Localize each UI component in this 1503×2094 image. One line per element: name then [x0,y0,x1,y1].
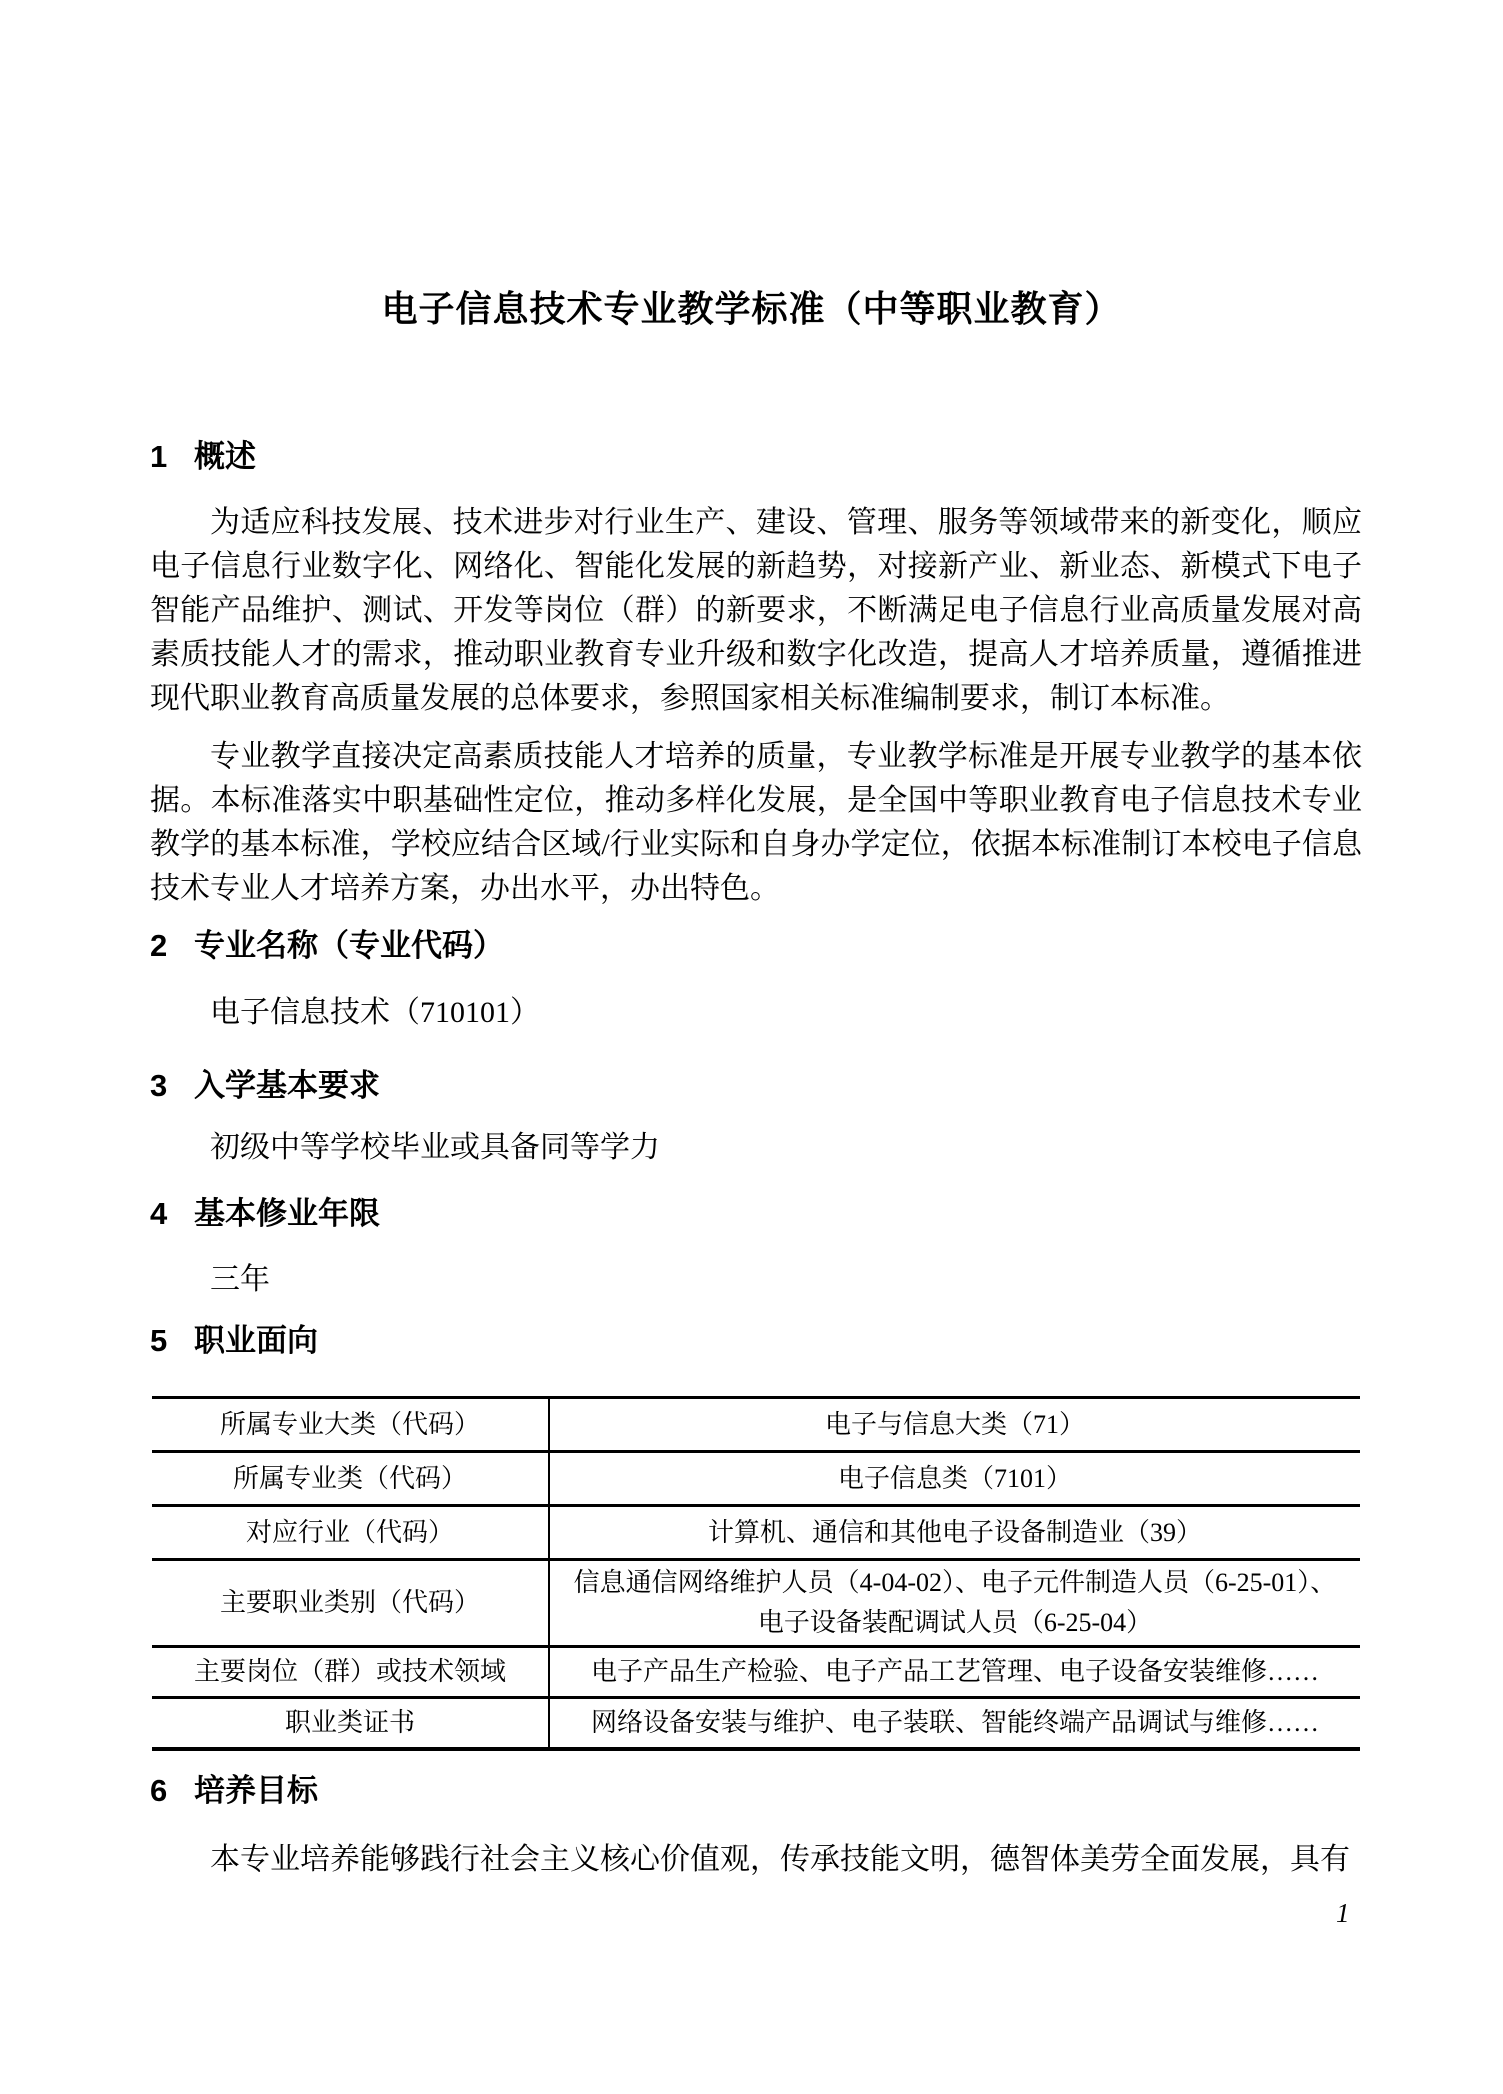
section-heading-text: 职业面向 [194,1323,318,1358]
table-row-value: 信息通信网络维护人员（4-04-02）、电子元件制造人员（6-25-01）、电子… [549,1560,1360,1647]
document-page: 电子信息技术专业教学标准（中等职业教育） 1概述 为适应科技发展、技术进步对行业… [0,0,1503,2094]
section-number: 2 [150,925,194,967]
table-row-label: 主要职业类别（代码） [152,1560,549,1647]
table-row-value: 计算机、通信和其他电子设备制造业（39） [549,1506,1360,1560]
section-number: 1 [150,436,194,478]
section-heading-text: 专业名称（专业代码） [194,928,504,963]
section-heading-major-name: 2专业名称（专业代码） [150,925,1362,967]
table-row: 对应行业（代码） 计算机、通信和其他电子设备制造业（39） [152,1506,1360,1560]
section-heading-study-duration: 4基本修业年限 [150,1193,1362,1235]
entry-requirement-value: 初级中等学校毕业或具备同等学力 [210,1126,660,1170]
page-number: 1 [1336,1898,1350,1929]
section-heading-text: 概述 [194,439,256,474]
table-row-label: 所属专业类（代码） [152,1452,549,1506]
section-heading-training-objectives: 6培养目标 [150,1770,1362,1812]
major-name-value: 电子信息技术（710101） [210,991,540,1035]
section-heading-text: 基本修业年限 [194,1196,380,1231]
table-row-label: 职业类证书 [152,1698,549,1750]
overview-paragraph-2: 专业教学直接决定高素质技能人才培养的质量，专业教学标准是开展专业教学的基本依据。… [150,735,1362,911]
section-number: 6 [150,1770,194,1812]
career-orientation-table: 所属专业大类（代码） 电子与信息大类（71） 所属专业类（代码） 电子信息类（7… [152,1396,1360,1751]
section-heading-text: 培养目标 [194,1773,318,1808]
table-row: 职业类证书 网络设备安装与维护、电子装联、智能终端产品调试与维修…… [152,1698,1360,1750]
table-row-value: 电子与信息大类（71） [549,1398,1360,1452]
document-title: 电子信息技术专业教学标准（中等职业教育） [0,281,1503,332]
section-number: 3 [150,1065,194,1107]
section-number: 5 [150,1320,194,1362]
section-heading-entry-requirement: 3入学基本要求 [150,1065,1362,1107]
table-row: 所属专业类（代码） 电子信息类（7101） [152,1452,1360,1506]
section-heading-overview: 1概述 [150,436,1362,478]
table-row-label: 对应行业（代码） [152,1506,549,1560]
table-row-label: 主要岗位（群）或技术领域 [152,1647,549,1698]
table-row: 所属专业大类（代码） 电子与信息大类（71） [152,1398,1360,1452]
training-objectives-paragraph: 本专业培养能够践行社会主义核心价值观，传承技能文明，德智体美劳全面发展，具有 [150,1838,1362,1882]
table-row-value: 电子信息类（7101） [549,1452,1360,1506]
table-row-value: 网络设备安装与维护、电子装联、智能终端产品调试与维修…… [549,1698,1360,1750]
section-number: 4 [150,1193,194,1235]
section-heading-career-orientation: 5职业面向 [150,1320,1362,1362]
table-row: 主要职业类别（代码） 信息通信网络维护人员（4-04-02）、电子元件制造人员（… [152,1560,1360,1647]
table-row-label: 所属专业大类（代码） [152,1398,549,1452]
study-duration-value: 三年 [210,1258,270,1302]
table-row-value: 电子产品生产检验、电子产品工艺管理、电子设备安装维修…… [549,1647,1360,1698]
overview-paragraph-1: 为适应科技发展、技术进步对行业生产、建设、管理、服务等领域带来的新变化，顺应电子… [150,501,1362,721]
section-heading-text: 入学基本要求 [194,1068,380,1103]
table-row: 主要岗位（群）或技术领域 电子产品生产检验、电子产品工艺管理、电子设备安装维修…… [152,1647,1360,1698]
